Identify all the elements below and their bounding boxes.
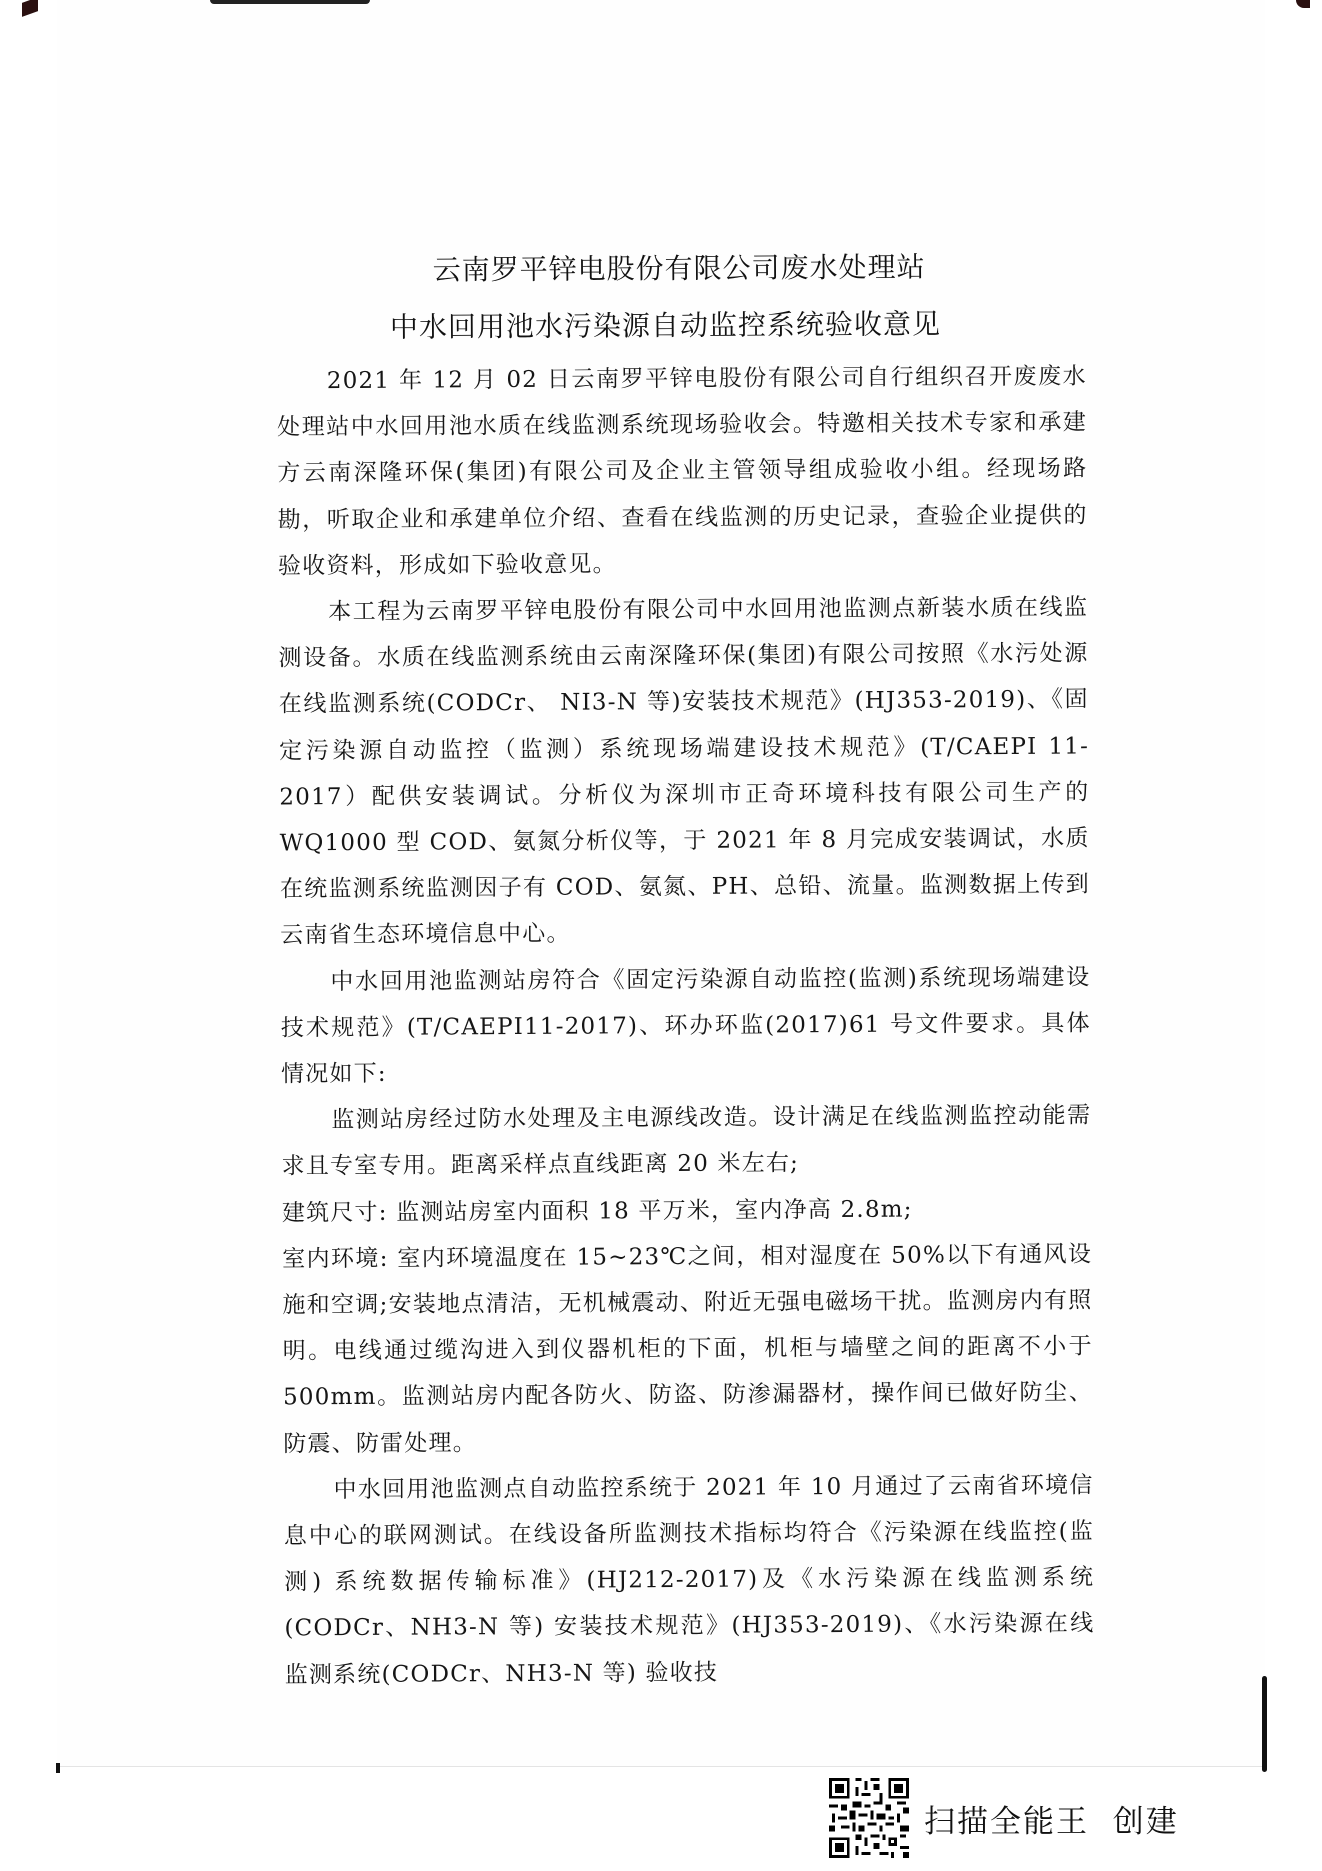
paragraph-network-test: 中水回用池监测点自动监控系统于 2021 年 10 月通过了云南省环境信息中心的…	[283, 1462, 1094, 1698]
scan-edge-artifact	[56, 1763, 60, 1773]
qr-code-icon	[826, 1775, 912, 1861]
paragraph-meeting-intro: 2021 年 12 月 02 日云南罗平锌电股份有限公司自行组织召开废废水处理站…	[277, 354, 1088, 590]
paragraph-station-renovation: 监测站房经过防水处理及主电源线改造。设计满足在线监测监控动能需求且专室专用。距离…	[281, 1093, 1092, 1190]
document-body: 2021 年 12 月 02 日云南罗平锌电股份有限公司自行组织召开废废水处理站…	[277, 354, 1095, 1699]
scanner-watermark: 扫描全能王 创建	[826, 1775, 1179, 1861]
document-title-line-1: 云南罗平锌电股份有限公司废水处理站	[18, 243, 1322, 291]
paragraph-indoor-environment: 室内环境: 室内环境温度在 15~23℃之间，相对湿度在 50%以下有通风设施和…	[282, 1231, 1093, 1467]
document-title-line-2: 中水回用池水污染源自动监控系统验收意见	[4, 300, 1322, 348]
document-content: 云南罗平锌电股份有限公司废水处理站 中水回用池水污染源自动监控系统验收意见 20…	[0, 0, 1322, 1764]
paragraph-station-compliance: 中水回用池监测站房符合《固定污染源自动监控(监测)系统现场端建设技术规范》(T/…	[280, 954, 1091, 1098]
watermark-text: 扫描全能王 创建	[924, 1796, 1179, 1841]
paragraph-building-size: 建筑尺寸: 监测站房室内面积 18 平万米，室内净高 2.8m;	[282, 1185, 1092, 1236]
paragraph-project-overview: 本工程为云南罗平锌电股份有限公司中水回用池监测点新装水质在线监测设备。水质在线监…	[278, 585, 1090, 960]
